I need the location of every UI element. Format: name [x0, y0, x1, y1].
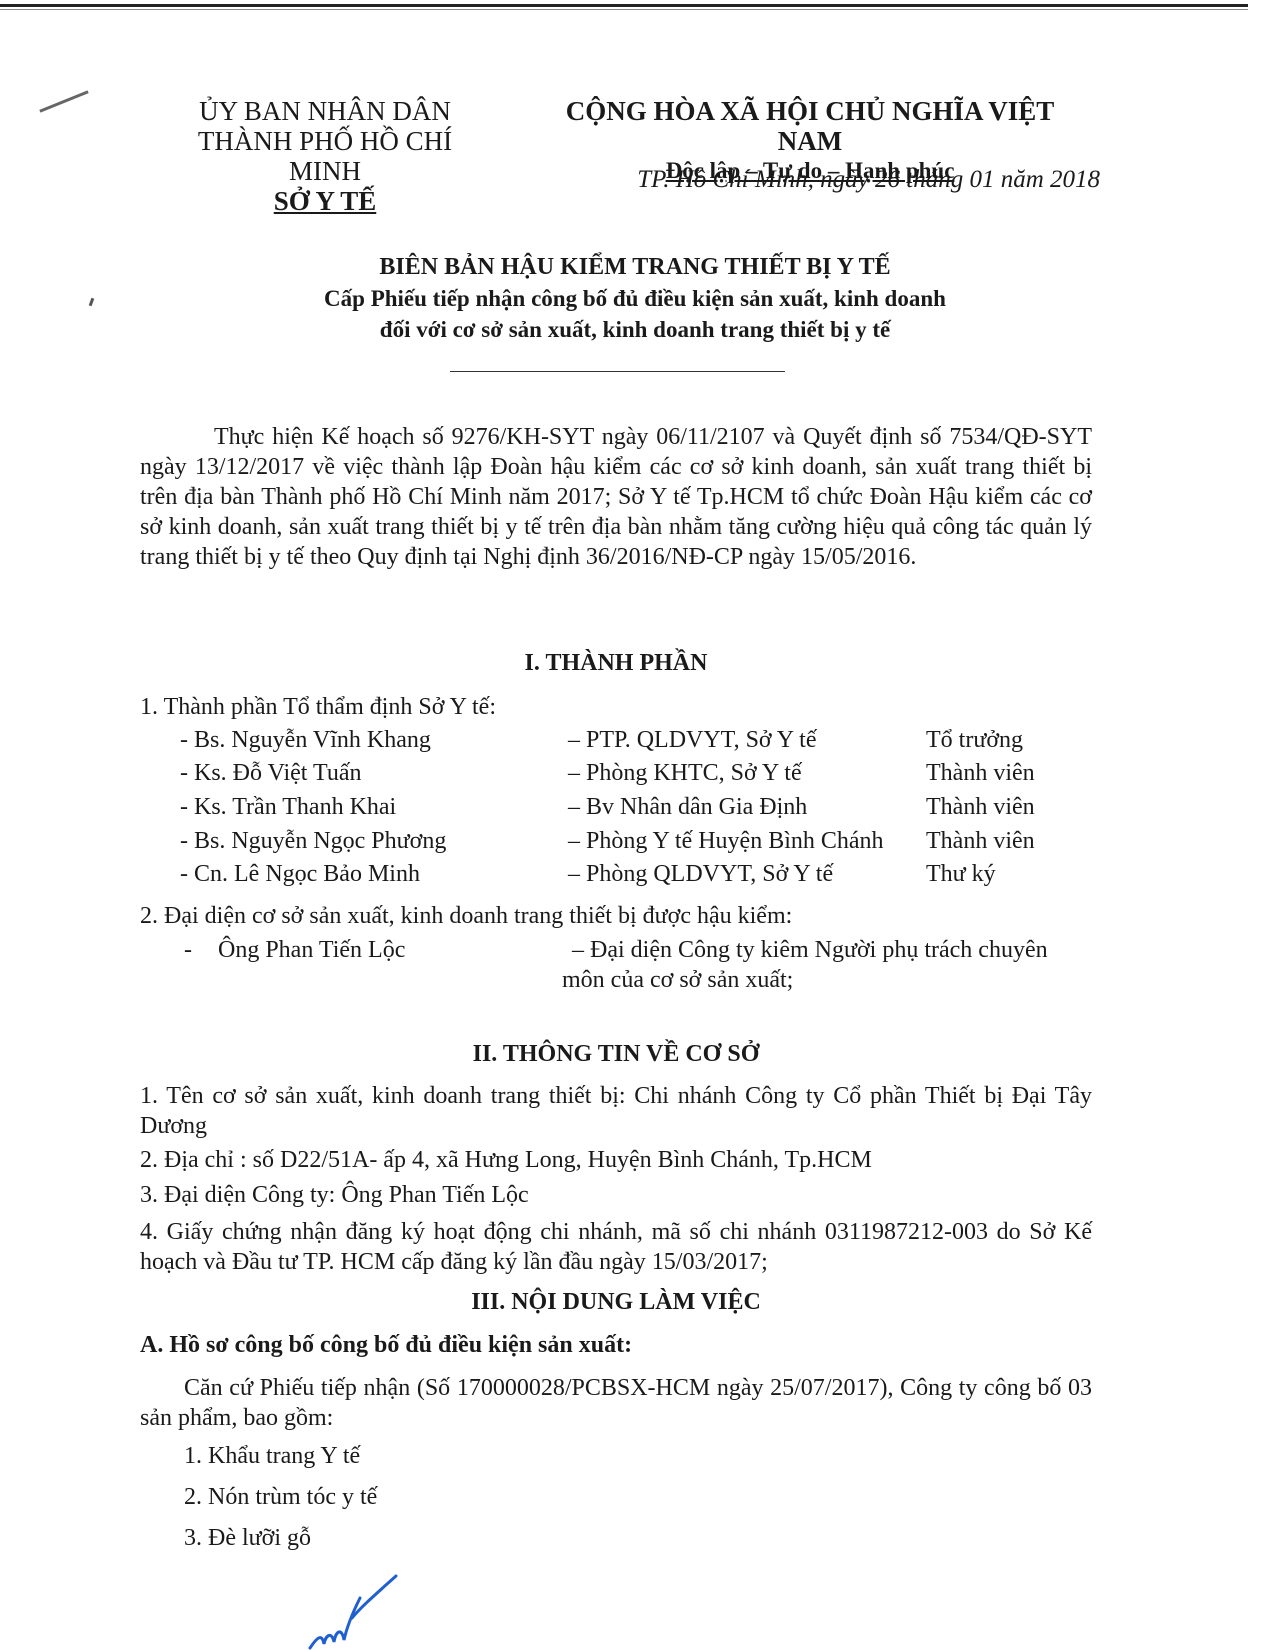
- nation-name: CỘNG HÒA XÃ HỘI CHỦ NGHĨA VIỆT NAM: [535, 96, 1085, 156]
- scan-edge-line: [0, 4, 1248, 7]
- document-title: BIÊN BẢN HẬU KIỂM TRANG THIẾT BỊ Y TẾ Cấ…: [200, 252, 1070, 345]
- facility-info-4: 4. Giấy chứng nhận đăng ký hoạt động chi…: [140, 1217, 1092, 1277]
- product-item: 2. Nón trùm tóc y tế: [184, 1484, 377, 1511]
- signature-mark: [300, 1556, 400, 1650]
- product-item: 3. Đè lưỡi gỗ: [184, 1525, 311, 1552]
- member-dept: – Phòng QLDVYT, Sở Y tế: [568, 861, 833, 888]
- title-sub-1: Cấp Phiếu tiếp nhận công bố đủ điều kiện…: [200, 283, 1070, 314]
- rep-bullet: -: [184, 937, 192, 964]
- intro-paragraph: Thực hiện Kế hoạch số 9276/KH-SYT ngày 0…: [140, 422, 1092, 572]
- authority-line-1: ỦY BAN NHÂN DÂN: [160, 96, 490, 126]
- scan-edge-line-thin: [0, 9, 1248, 10]
- product-item: 1. Khẩu trang Y tế: [184, 1443, 360, 1470]
- section-2-heading: II. THÔNG TIN VỀ CƠ SỞ: [140, 1041, 1092, 1068]
- facility-info-3: 3. Đại diện Công ty: Ông Phan Tiến Lộc: [140, 1182, 529, 1209]
- section-1-heading: I. THÀNH PHẦN: [140, 650, 1092, 677]
- scan-speck: [89, 298, 95, 307]
- member-name: - Ks. Trần Thanh Khai: [180, 794, 396, 821]
- member-role: Thư ký: [926, 861, 996, 888]
- member-role: Thành viên: [926, 760, 1035, 787]
- authority-org: SỞ Y TẾ: [160, 186, 490, 216]
- facility-info-2: 2. Địa chỉ : số D22/51A- ấp 4, xã Hưng L…: [140, 1147, 872, 1174]
- member-dept: – Bv Nhân dân Gia Định: [568, 794, 807, 821]
- rep-desc-1: – Đại diện Công ty kiêm Người phụ trách …: [572, 937, 1048, 964]
- section-3-heading: III. NỘI DUNG LÀM VIỆC: [140, 1289, 1092, 1316]
- subsection-a-text: Căn cứ Phiếu tiếp nhận (Số 170000028/PCB…: [140, 1373, 1092, 1433]
- section-1-item-2: 2. Đại diện cơ sở sản xuất, kinh doanh t…: [140, 903, 792, 930]
- member-name: - Bs. Nguyễn Vĩnh Khang: [180, 727, 431, 754]
- subsection-a-heading: A. Hồ sơ công bố công bố đủ điều kiện sả…: [140, 1332, 632, 1359]
- title-main: BIÊN BẢN HẬU KIỂM TRANG THIẾT BỊ Y TẾ: [200, 252, 1070, 283]
- dateline: TP. Hồ Chí Minh, ngày 26 tháng 01 năm 20…: [560, 166, 1100, 194]
- authority-line-2: THÀNH PHỐ HỒ CHÍ MINH: [160, 126, 490, 186]
- title-sub-2: đối với cơ sở sản xuất, kinh doanh trang…: [200, 314, 1070, 345]
- member-dept: – Phòng KHTC, Sở Y tế: [568, 760, 802, 787]
- section-1-item-1: 1. Thành phần Tổ thẩm định Sở Y tế:: [140, 694, 496, 721]
- member-role: Thành viên: [926, 828, 1035, 855]
- member-role: Tổ trưởng: [926, 727, 1023, 754]
- member-dept: – Phòng Y tế Huyện Bình Chánh: [568, 828, 884, 855]
- facility-info-1: 1. Tên cơ sở sản xuất, kinh doanh trang …: [140, 1081, 1092, 1141]
- member-name: - Ks. Đỗ Việt Tuấn: [180, 760, 361, 787]
- member-name: - Cn. Lê Ngọc Bảo Minh: [180, 861, 420, 888]
- member-name: - Bs. Nguyễn Ngọc Phương: [180, 828, 446, 855]
- rep-desc-2: môn của cơ sở sản xuất;: [562, 967, 793, 994]
- pen-mark: [39, 90, 88, 112]
- member-dept: – PTP. QLDVYT, Sở Y tế: [568, 727, 816, 754]
- title-divider: [450, 371, 785, 372]
- member-role: Thành viên: [926, 794, 1035, 821]
- issuing-authority: ỦY BAN NHÂN DÂN THÀNH PHỐ HỒ CHÍ MINH SỞ…: [160, 96, 490, 216]
- rep-name: Ông Phan Tiến Lộc: [218, 937, 405, 964]
